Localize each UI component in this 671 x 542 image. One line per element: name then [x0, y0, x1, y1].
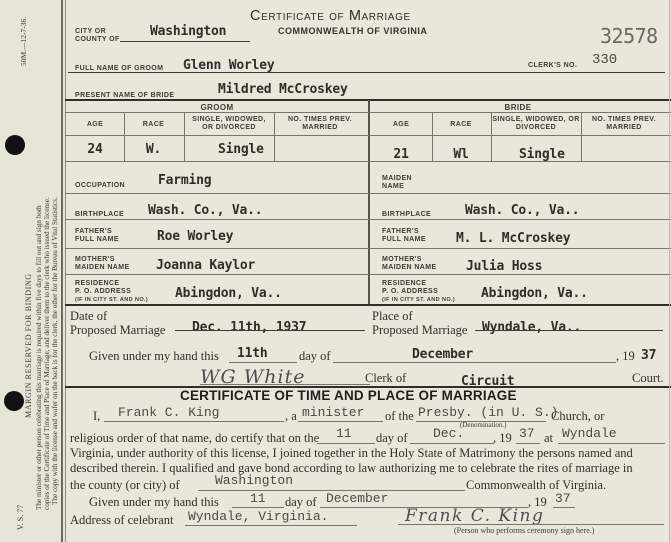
- bride-maiden-label: Maiden Name: [382, 175, 412, 191]
- margin-reserved-heading: MARGIN RESERVED FOR BINDING: [24, 273, 33, 418]
- groom-mother-value: Joanna Kaylor: [156, 258, 255, 273]
- bride-name-value: Mildred McCroskey: [218, 82, 348, 97]
- celebration-month: Dec.: [433, 426, 464, 441]
- bride-birthplace-value: Wash. Co., Va..: [465, 203, 579, 218]
- celebrant-day-of-text: day of: [285, 495, 317, 510]
- groom-col-prev-married: No. Times Prev. Married: [278, 116, 362, 132]
- celebrant-year-underline: [553, 507, 575, 508]
- occupation-underline: [65, 193, 671, 194]
- bride-father-value: M. L. McCroskey: [456, 231, 570, 246]
- groom-heading: Groom: [66, 104, 368, 112]
- of-the-text: of the: [385, 409, 414, 424]
- celebration-day-of-text: day of: [376, 431, 408, 446]
- bride-father-label: Father's Full Name: [382, 228, 426, 244]
- certificate-subtitle: Commonwealth of Virginia: [278, 26, 427, 36]
- clerk-month-underline: [333, 362, 616, 363]
- groom-name-underline: [68, 72, 665, 73]
- officiant-underline: [104, 421, 284, 422]
- bride-race: Wl: [432, 147, 490, 162]
- proposed-date-value: Dec. 11th, 1937: [192, 320, 306, 335]
- celebration-day: 11: [336, 426, 352, 441]
- proposed-place-label: Place of Proposed Marriage: [372, 309, 467, 337]
- celebrant-signature: Frank C. King: [405, 506, 544, 526]
- celebrant-address: Wyndale, Virginia.: [188, 509, 328, 524]
- celebrant-given-day: 11: [250, 491, 266, 506]
- residence-underline: [65, 304, 671, 306]
- col-header-underline: [65, 135, 671, 136]
- bride-status: Single: [519, 147, 565, 162]
- birthplace-underline: [65, 219, 671, 220]
- groom-col-sep-3: [274, 113, 275, 161]
- bride-mother-value: Julia Hoss: [466, 259, 542, 274]
- groom-col-race: Race: [124, 121, 183, 129]
- binding-hole-top: [5, 135, 25, 155]
- bride-col-prev-married: No. Times Prev. Married: [582, 116, 666, 132]
- groom-race: W.: [124, 142, 183, 157]
- celebrant-year: 37: [555, 491, 571, 506]
- bride-col-status: Single, Widowed, or Divorced: [492, 116, 580, 132]
- bride-residence-value: Abingdon, Va..: [481, 286, 588, 301]
- celebration-day-underline: [317, 443, 375, 444]
- celebration-year: 37: [519, 426, 535, 441]
- officiant-title: minister: [302, 405, 364, 420]
- officiant-name: Frank C. King: [118, 405, 219, 420]
- groom-birthplace-label: Birthplace: [75, 211, 124, 219]
- bride-age: 21: [370, 147, 432, 162]
- qualified-text: described therein. I qualified and gave …: [70, 461, 633, 476]
- groom-birthplace-value: Wash. Co., Va..: [148, 203, 262, 218]
- margin-divider: [61, 0, 63, 542]
- groom-age: 24: [66, 142, 124, 157]
- page-right-edge: [669, 0, 670, 542]
- court-text: Court.: [632, 371, 664, 386]
- bride-residence-label: Residence P. O. Address (If in city st. …: [382, 280, 455, 304]
- commonwealth-text: Commonwealth of Virginia.: [466, 478, 606, 493]
- groom-name-value: Glenn Worley: [183, 58, 275, 73]
- authority-text: Virginia, under authority of this licens…: [70, 446, 633, 461]
- bride-mother-label: Mother's Maiden Name: [382, 256, 437, 272]
- religious-order-text: religious order of that name, do certify…: [70, 431, 319, 446]
- i-text: I,: [93, 409, 100, 424]
- clerk-year-value: 37: [641, 348, 656, 363]
- margin-divider-inner: [65, 0, 66, 542]
- values-underline: [65, 161, 671, 162]
- church-text: Church, or: [551, 409, 604, 424]
- margin-instructions-3: The copy with the license and wafer on t…: [51, 197, 59, 505]
- proposed-date-label: Date of Proposed Marriage: [70, 309, 165, 337]
- clerk-no-value: 330: [592, 52, 617, 68]
- a-text: , a: [285, 409, 297, 424]
- denomination-value: Presby. (in U. S.): [418, 405, 558, 420]
- city-county-label: City or County of: [75, 28, 120, 44]
- bride-heading: Bride: [370, 104, 666, 112]
- bride-col-race: Race: [432, 121, 490, 129]
- margin-instructions-1: The minister or other person celebrating…: [35, 205, 43, 510]
- celebration-year-prefix: , 19: [493, 431, 512, 446]
- binding-hole-bottom: [4, 391, 24, 411]
- celebration-place-underline: [558, 443, 665, 444]
- at-text: at: [544, 431, 553, 446]
- bride-col-age: Age: [370, 121, 432, 129]
- form-code: 50M.—12-7-36.: [19, 17, 28, 66]
- groom-father-value: Roe Worley: [157, 229, 233, 244]
- celebration-title: Certificate of Time and Place of Marriag…: [180, 388, 517, 403]
- clerk-no-label: Clerk's No.: [528, 62, 577, 70]
- form-number: V. S. 77: [16, 505, 25, 530]
- groom-residence-value: Abingdon, Va..: [175, 286, 282, 301]
- clerk-signature-underline: [200, 384, 370, 385]
- clerk-given-text: Given under my hand this: [89, 349, 219, 364]
- celebration-month-underline: [410, 443, 494, 444]
- celebrant-given-text: Given under my hand this: [89, 495, 219, 510]
- proposed-place-value: Wyndale, Va..: [482, 320, 581, 335]
- father-underline: [65, 248, 671, 249]
- address-underline: [185, 525, 357, 526]
- clerk-of-text: Clerk of: [365, 371, 406, 386]
- clerk-day-of-text: day of: [299, 349, 331, 364]
- celebration-year-underline: [516, 443, 540, 444]
- groom-status: Single: [218, 142, 264, 157]
- denomination-caption: (Denomination.): [460, 421, 506, 429]
- groom-father-label: Father's Full Name: [75, 228, 119, 244]
- address-text: Address of celebrant: [70, 513, 173, 528]
- groom-col-status: Single, Widowed, or Divorced: [187, 116, 271, 132]
- title-underline: [298, 421, 383, 422]
- bride-birthplace-label: Birthplace: [382, 211, 431, 219]
- clerk-year-prefix: , 19: [616, 349, 635, 364]
- groom-mother-label: Mother's Maiden Name: [75, 256, 130, 272]
- certificate-number: 32578: [600, 24, 658, 48]
- bride-col-sep-3: [581, 113, 582, 161]
- clerk-given-day: 11th: [237, 346, 268, 361]
- groom-residence-label: Residence P. O. Address (If in city st. …: [75, 280, 148, 304]
- signature-caption: (Person who performs ceremony sign here.…: [454, 526, 594, 535]
- mother-underline: [65, 274, 671, 275]
- celebrant-given-month: December: [326, 491, 388, 506]
- county-value: Washington: [215, 473, 293, 488]
- proposed-date-underline: [175, 330, 365, 331]
- groom-col-sep-2: [184, 113, 185, 161]
- proposed-place-underline: [475, 330, 663, 331]
- groom-occupation-label: Occupation: [75, 182, 125, 190]
- county-text: the county (or city) of: [70, 478, 180, 493]
- celebrant-day-underline: [232, 507, 284, 508]
- clerk-day-underline: [229, 362, 297, 363]
- groom-occupation-value: Farming: [158, 173, 211, 188]
- marriage-certificate: 50M.—12-7-36. V. S. 77 MARGIN RESERVED F…: [0, 0, 671, 542]
- bride-col-sep-2: [491, 113, 492, 161]
- groom-col-age: Age: [66, 121, 124, 129]
- certificate-title: Certificate of Marriage: [250, 8, 411, 24]
- margin-instructions-2: copies of the Certificate of Time and Pl…: [43, 197, 51, 510]
- celebrant-signature-underline: [398, 524, 664, 525]
- city-county-underline: [120, 41, 250, 42]
- celebration-place: Wyndale: [562, 426, 617, 441]
- city-county-value: Washington: [150, 24, 226, 39]
- clerk-given-month: December: [412, 347, 473, 362]
